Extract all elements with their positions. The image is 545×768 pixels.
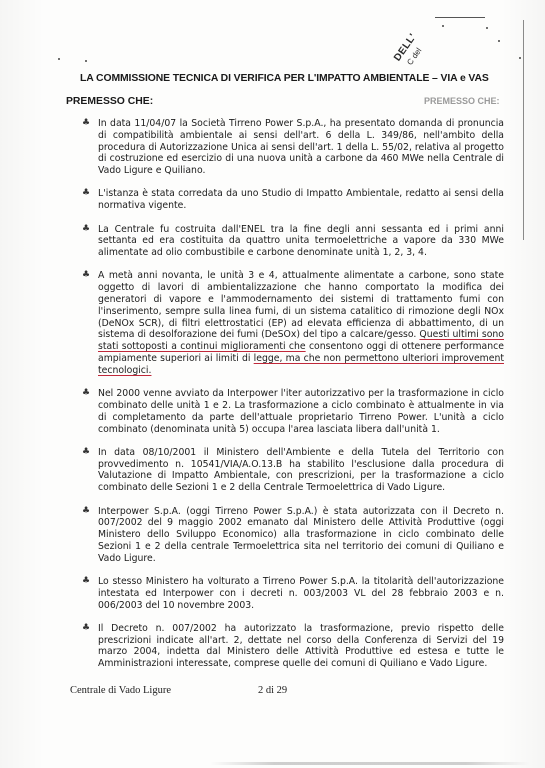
scan-speck	[486, 27, 488, 29]
section-heading: PREMESSO CHE:	[66, 96, 153, 107]
club-bullet-icon: ♣	[82, 118, 90, 130]
document-header-title: LA COMMISSIONE TECNICA DI VERIFICA PER L…	[80, 73, 489, 84]
scan-bottom-smudge	[210, 762, 530, 765]
scan-speck	[442, 25, 444, 27]
footer-page-number: 2 di 29	[258, 685, 287, 696]
scan-top-rule	[435, 17, 485, 18]
club-bullet-icon: ♣	[82, 447, 90, 459]
list-item: ♣ Lo stesso Ministero ha volturato a Tir…	[84, 576, 504, 611]
list-item: ♣ In data 11/04/07 la Società Tirreno Po…	[84, 118, 504, 177]
list-item: ♣ Il Decreto n. 007/2002 ha autorizzato …	[84, 623, 504, 670]
list-item-text: Lo stesso Ministero ha volturato a Tirre…	[98, 576, 504, 611]
scan-margin-line	[523, 20, 524, 240]
list-item: ♣ L'istanza è stata corredata da uno Stu…	[84, 188, 504, 212]
list-item-text: Il Decreto n. 007/2002 ha autorizzato la…	[98, 623, 504, 669]
list-item-text: Interpower S.p.A. (oggi Tirreno Power S.…	[98, 506, 504, 564]
club-bullet-icon: ♣	[82, 623, 90, 635]
list-item-text: In data 11/04/07 la Società Tirreno Powe…	[98, 118, 504, 176]
list-item: ♣ Nel 2000 venne avviato da Interpower l…	[84, 388, 504, 435]
club-bullet-icon: ♣	[82, 270, 90, 282]
scan-speck	[85, 60, 87, 62]
list-item: ♣ Interpower S.p.A. (oggi Tirreno Power …	[84, 506, 504, 565]
club-bullet-icon: ♣	[82, 224, 90, 236]
club-bullet-icon: ♣	[82, 576, 90, 588]
list-item: ♣ A metà anni novanta, le unità 3 e 4, a…	[84, 270, 504, 376]
scan-speck	[519, 57, 521, 59]
club-bullet-icon: ♣	[82, 188, 90, 200]
list-item: ♣ In data 08/10/2001 il Ministero dell'A…	[84, 447, 504, 494]
list-item-text: La Centrale fu costruita dall'ENEL tra l…	[98, 224, 504, 259]
club-bullet-icon: ♣	[82, 506, 90, 518]
list-item: ♣ La Centrale fu costruita dall'ENEL tra…	[84, 224, 504, 259]
premises-list: ♣ In data 11/04/07 la Società Tirreno Po…	[84, 118, 504, 682]
footer-document-name: Centrale di Vado Ligure	[70, 685, 171, 696]
bleed-through-heading: PREMESSO CHE:	[424, 96, 500, 106]
scan-speck	[58, 58, 60, 60]
scan-speck	[498, 40, 500, 42]
list-item-text: In data 08/10/2001 il Ministero dell'Amb…	[98, 447, 504, 493]
list-item-text: L'istanza è stata corredata da uno Studi…	[98, 188, 504, 211]
list-item-text: Nel 2000 venne avviato da Interpower l'i…	[98, 388, 504, 434]
club-bullet-icon: ♣	[82, 388, 90, 400]
